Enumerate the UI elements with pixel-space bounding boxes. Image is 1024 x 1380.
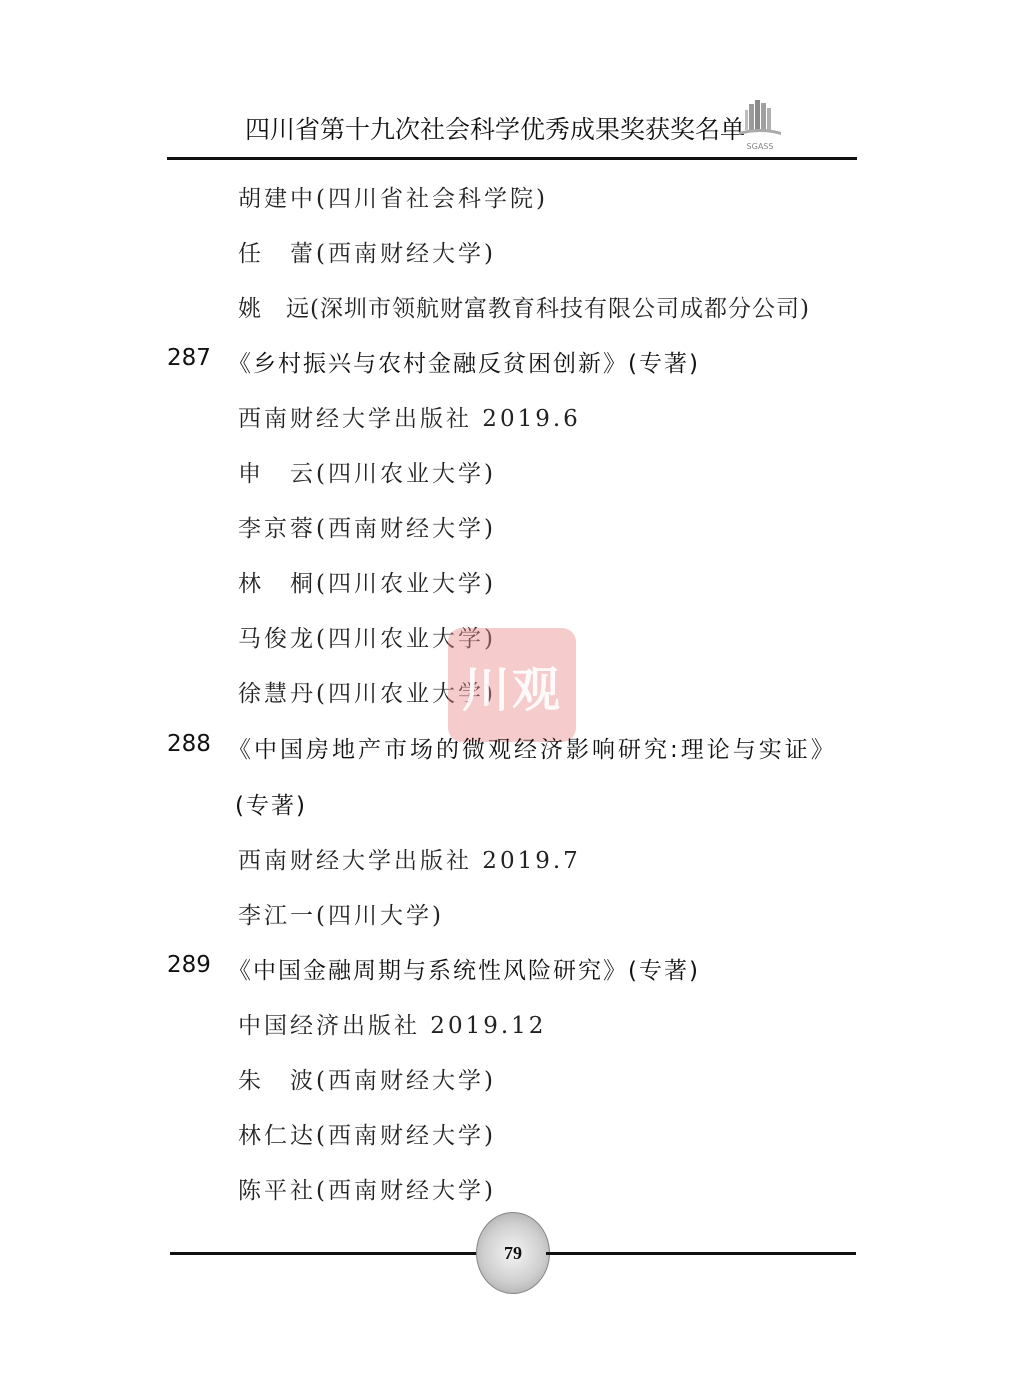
- author-line: 李江一(四川大学): [238, 897, 444, 930]
- publisher-line: 中国经济出版社 2019.12: [238, 1007, 546, 1040]
- building-logo-icon: [735, 98, 785, 142]
- footer-divider-right: [546, 1252, 856, 1255]
- author-line: 朱 波(西南财经大学): [238, 1062, 496, 1095]
- publisher-line: 西南财经大学出版社 2019.7: [238, 842, 581, 875]
- author-line: 陈平社(西南财经大学): [238, 1172, 496, 1205]
- entry-title: 《中国房地产市场的微观经济影响研究:理论与实证》: [228, 731, 837, 764]
- page-number: 79: [504, 1243, 522, 1264]
- author-line: 申 云(四川农业大学): [238, 455, 496, 488]
- publisher-line: 西南财经大学出版社 2019.6: [238, 400, 581, 433]
- watermark-badge: 川观: [448, 628, 576, 742]
- author-line: 任 蕾(西南财经大学): [238, 235, 496, 268]
- logo-text: SGASS: [735, 142, 785, 151]
- sgass-logo: SGASS: [735, 98, 785, 154]
- entry-number: 287: [167, 345, 211, 371]
- header-divider: [167, 157, 857, 160]
- watermark-text: 川观: [462, 651, 562, 720]
- document-title: 四川省第十九次社会科学优秀成果奖获奖名单: [245, 110, 745, 146]
- entry-number: 289: [167, 952, 211, 978]
- author-line: 姚 远(深圳市领航财富教育科技有限公司成都分公司): [238, 290, 810, 323]
- author-line: 李京蓉(西南财经大学): [238, 510, 496, 543]
- author-line: 林仁达(西南财经大学): [238, 1117, 496, 1150]
- footer-divider-left: [170, 1252, 478, 1255]
- entry-title-continuation: (专著): [235, 787, 307, 820]
- author-line: 胡建中(四川省社会科学院): [238, 180, 548, 213]
- entry-title: 《中国金融周期与系统性风险研究》(专著): [228, 952, 700, 985]
- page-number-badge: 79: [476, 1212, 550, 1294]
- entry-number: 288: [167, 731, 211, 757]
- entry-title: 《乡村振兴与农村金融反贫困创新》(专著): [228, 345, 700, 378]
- author-line: 林 桐(四川农业大学): [238, 565, 496, 598]
